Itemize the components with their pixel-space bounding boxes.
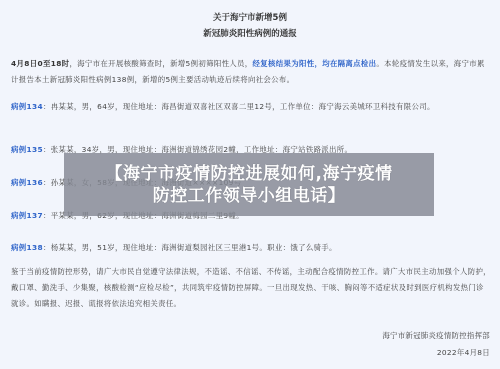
case-item: 病例138：杨某某，男，51岁，现住地址：海洲街道梨园社区三里港1号。职业：饿了… [11, 240, 491, 256]
headline-overlay-banner: 【海宁市疫情防控进展如何,海宁疫情 防控工作领导小组电话】 [64, 153, 434, 216]
case-item: 病例134：冉某某，男，64岁，现住地址：海昌街道双喜社区双喜二里12号，工作单… [11, 99, 491, 115]
signature-organization: 海宁市新冠肺炎疫情防控指挥部 [382, 330, 490, 341]
notice-paragraph: 鉴于当前疫情防控形势，请广大市民自觉遵守法律法规，不造谣、不信谣、不传谣，主动配… [11, 264, 491, 312]
intro-paragraph: 4月8日0至18时，海宁市在开展核酸筛查时，新增5例初筛阳性人员，经复核结果为阳… [11, 56, 491, 88]
document-title-line1: 关于海宁市新增5例 [0, 11, 500, 23]
case-label: 病例138 [11, 243, 43, 252]
document-title-line2: 新冠肺炎阳性病例的通报 [0, 27, 500, 39]
case-label: 病例136 [11, 178, 43, 187]
case-text: ：杨某某，男，51岁，现住地址：海洲街道梨园社区三里港1号。职业：饿了么骑手。 [43, 243, 337, 252]
intro-highlight: 经复核结果为阳性，均在隔离点检出 [253, 59, 377, 68]
overlay-headline-line1: 【海宁市疫情防控进展如何,海宁疫情 [106, 163, 393, 185]
case-label: 病例135 [11, 145, 43, 154]
case-label: 病例137 [11, 211, 43, 220]
case-text: ：冉某某，男，64岁，现住地址：海昌街道双喜社区双喜二里12号，工作单位：海宁海… [43, 102, 435, 111]
overlay-headline-line2: 防控工作领导小组电话】 [153, 185, 346, 207]
intro-lead: 4月8日0至18时 [11, 59, 69, 68]
case-label: 病例134 [11, 102, 43, 111]
signature-date: 2022年4月8日 [437, 347, 490, 358]
intro-text-a: ，海宁市在开展核酸筛查时，新增5例初筛阳性人员， [69, 59, 252, 68]
